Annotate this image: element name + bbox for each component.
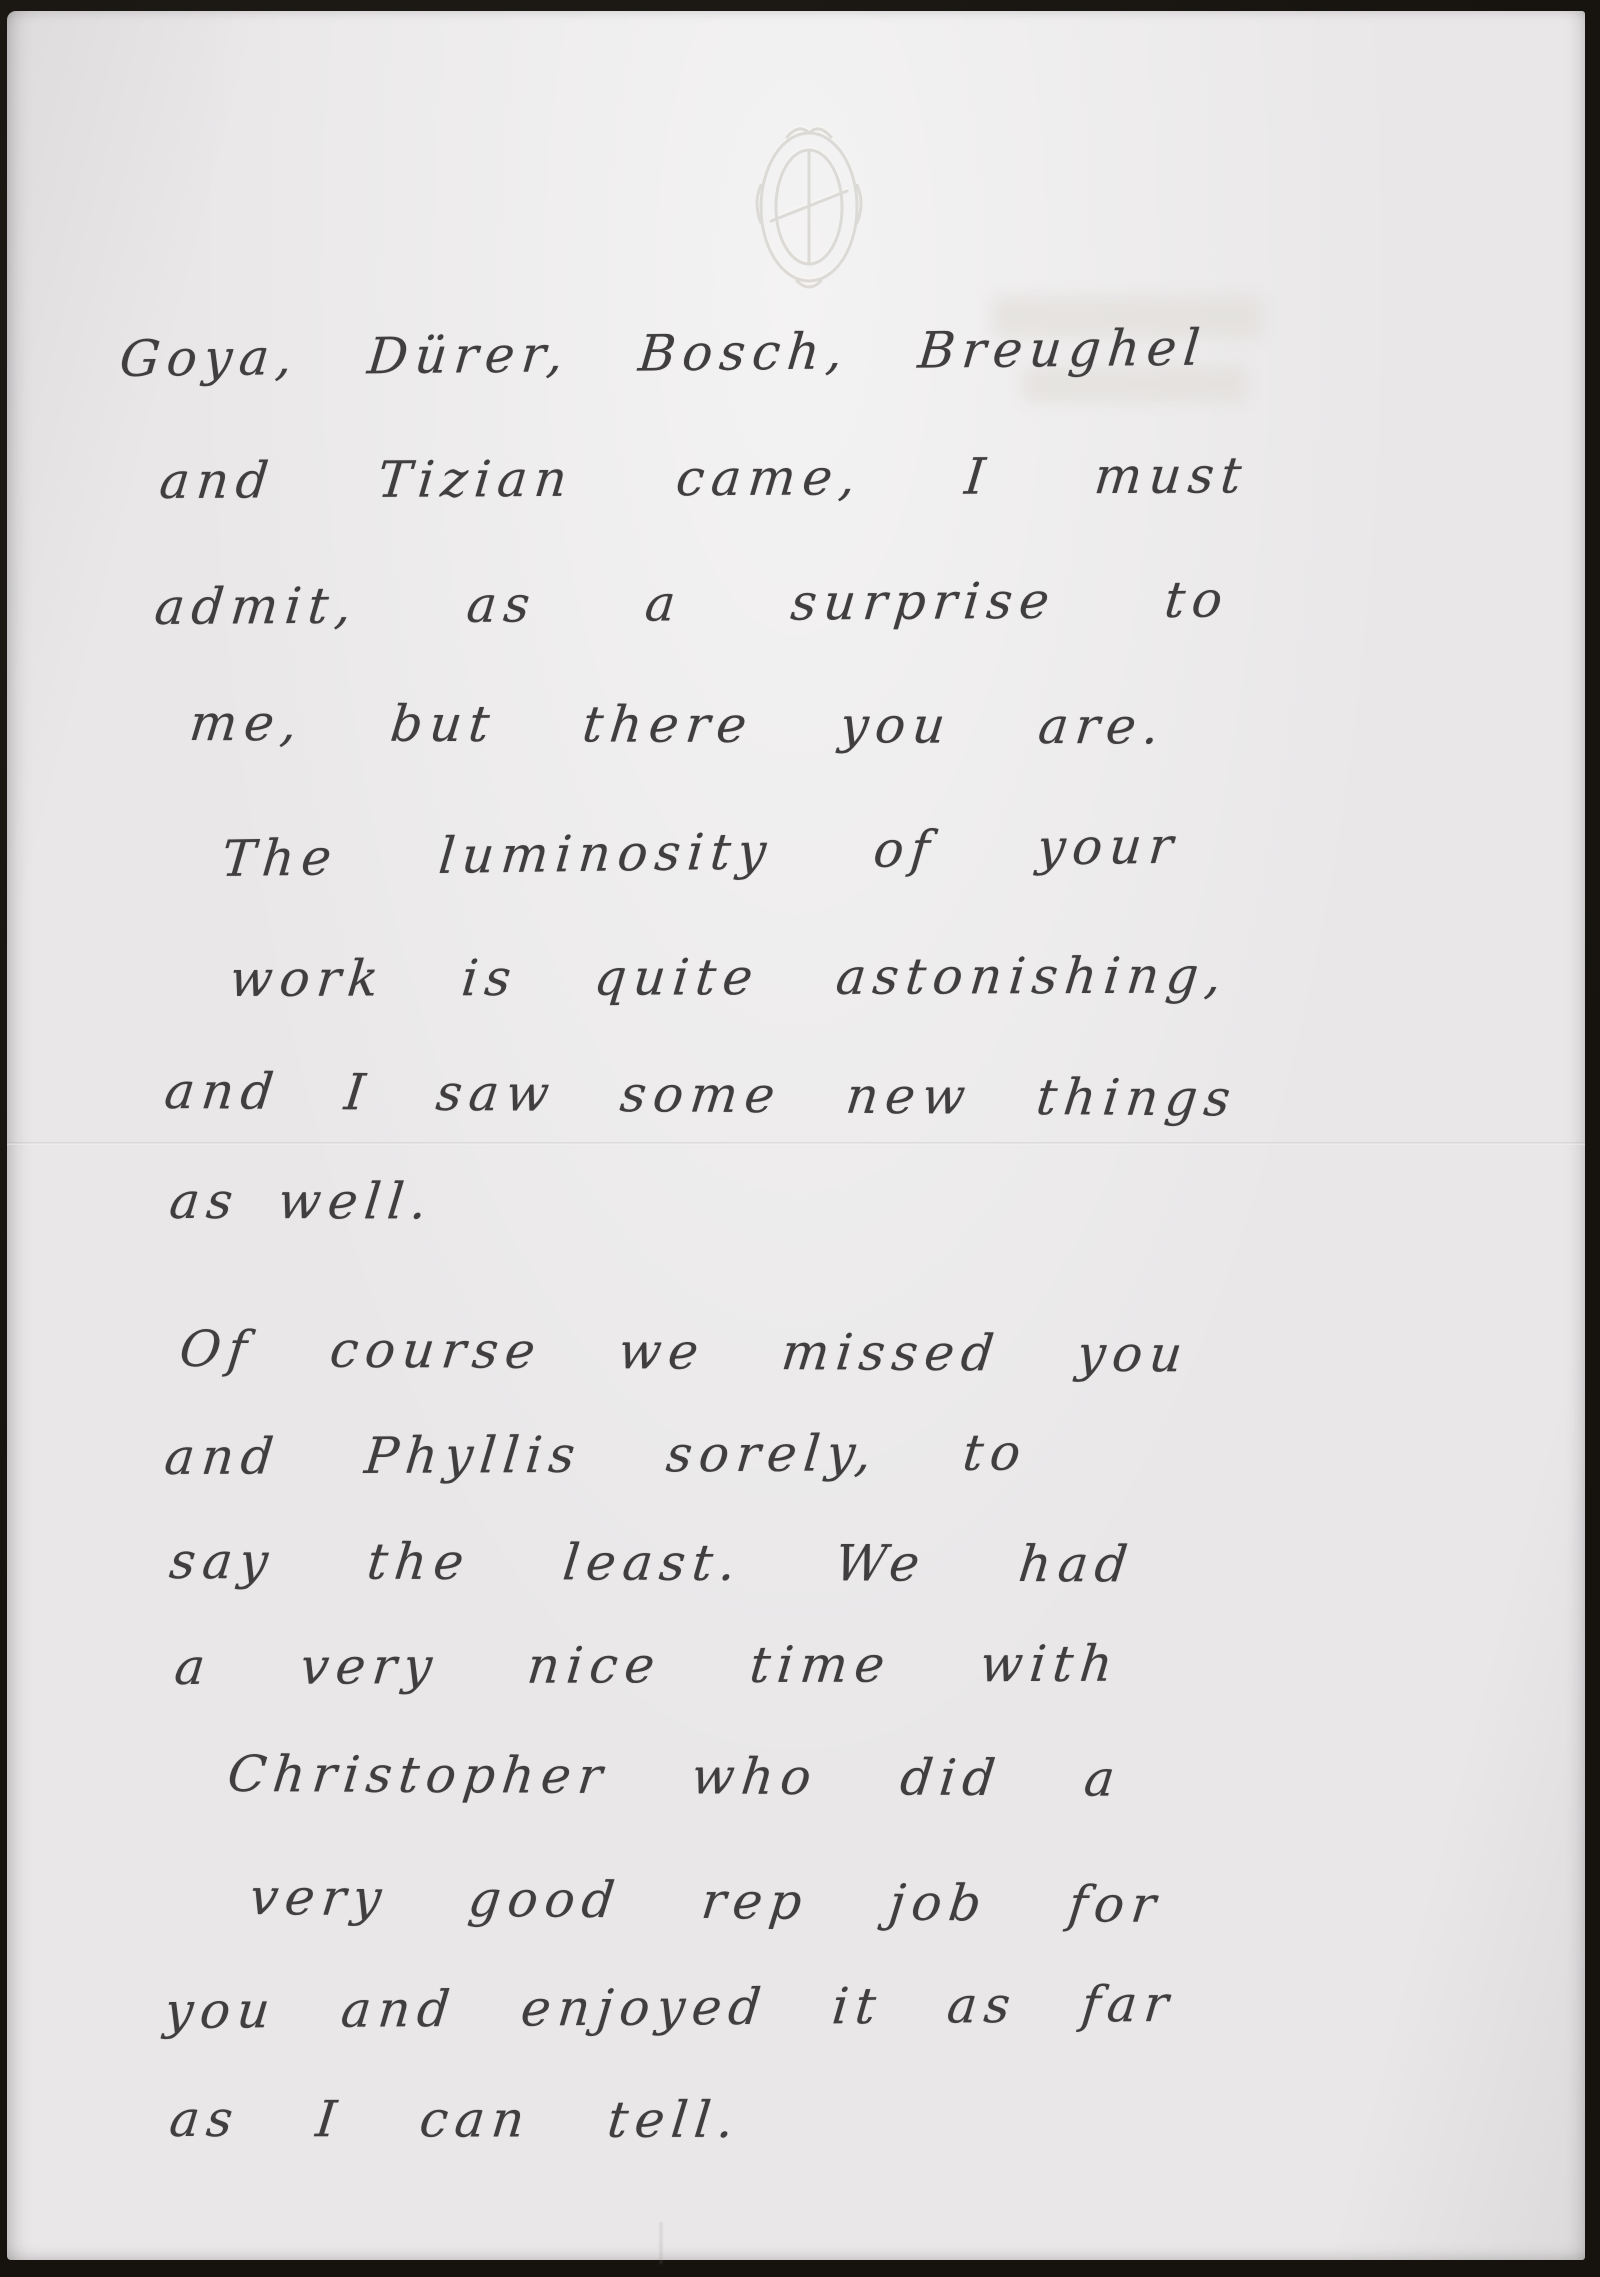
scanned-letter-background: Goya, Dürer, Bosch, Breugheland Tizian c… [0,0,1600,2277]
handwritten-line: say the least. We had [167,1532,1137,1593]
handwritten-line: admit, as a surprise to [152,570,1232,636]
handwritten-line: you and enjoyed it as far [162,1975,1178,2040]
handwritten-line: The luminosity of your [219,817,1182,888]
handwritten-line: as well. [167,1172,437,1230]
handwritten-line: and Tizian came, I must [157,446,1251,510]
handwritten-line: work is quite astonishing, [227,947,1231,1009]
handwritten-text-block: Goya, Dürer, Bosch, Breugheland Tizian c… [0,0,1600,2277]
handwritten-line: Of course we missed you [177,1320,1192,1383]
handwritten-line: and Phyllis sorely, to [162,1423,1030,1486]
handwritten-line: and I saw some new things [162,1062,1240,1127]
handwritten-line: as I can tell. [167,2090,744,2149]
handwritten-line: a very nice time with [172,1635,1122,1696]
handwritten-line: me, but there you are. [187,694,1169,755]
handwritten-line: Goya, Dürer, Bosch, Breughel [117,319,1209,388]
handwritten-line: very good rep job for [247,1868,1166,1934]
handwritten-line: Christopher who did a [225,1745,1125,1808]
